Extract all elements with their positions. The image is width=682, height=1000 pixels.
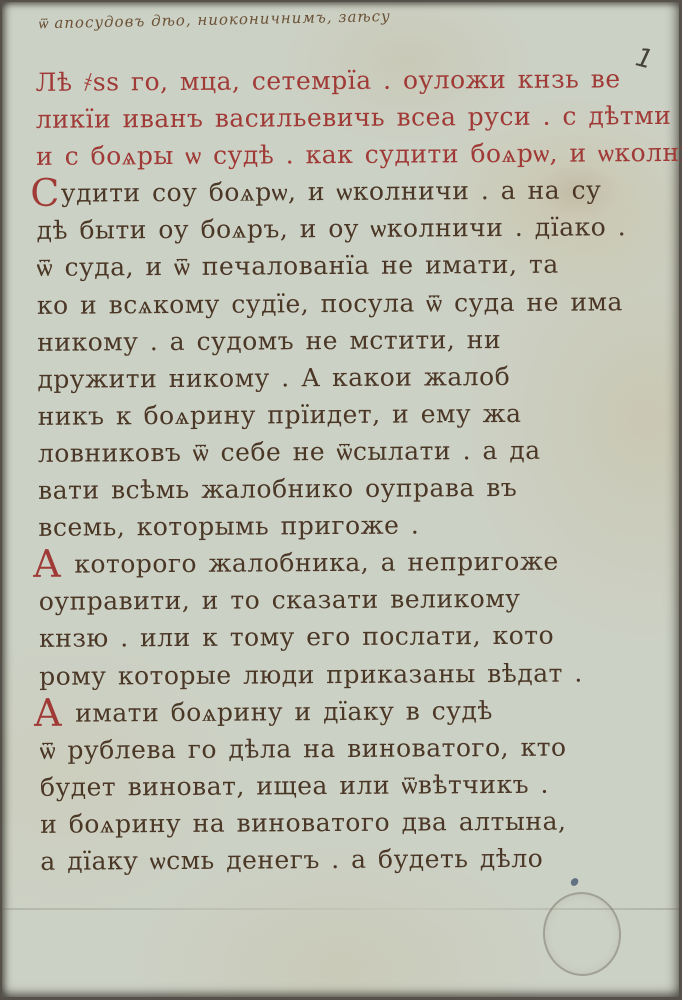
- rubric-initial: А: [32, 542, 62, 586]
- manuscript-line: Судити соу боѧрѡ, и ѡколничи . а на су: [36, 171, 636, 212]
- ink-speck: [570, 877, 579, 887]
- manuscript-line: ликїи иванъ васильевичь всеа руси . с дѣ…: [36, 97, 636, 138]
- manuscript-line: ѿ рублева го дѣла на виноватого, кто: [40, 728, 640, 769]
- manuscript-line: кнзю . или к тому его послати, кото: [39, 617, 639, 658]
- manuscript-line: ко и всѧкому судїе, посула ѿ суда не има: [37, 283, 637, 324]
- manuscript-line: ловниковъ ѿ себе не ѿсылати . а да: [38, 431, 638, 472]
- manuscript-line: будет виноват, ищеа или ѿвѣтчикъ .: [40, 765, 640, 806]
- text-block: Лѣ ҂ѕѕ го, мца, сетемрїа . оуложи кнзь в…: [36, 60, 641, 880]
- marginal-cursive-note: ѿ апосудовъ дѣо, ниоконичнимъ, заѣсу: [38, 6, 458, 34]
- manuscript-line: Лѣ ҂ѕѕ го, мца, сетемрїа . оуложи кнзь в…: [36, 60, 636, 101]
- manuscript-line: и с боѧры ѡ судѣ . как судити боѧрѡ, и ѡ…: [36, 134, 636, 175]
- scanned-page: ѿ апосудовъ дѣо, ниоконичнимъ, заѣсу 1 Л…: [0, 0, 682, 1000]
- rubric-initial: С: [30, 171, 60, 215]
- manuscript-line: рому которые люди приказаны вѣдат .: [39, 654, 639, 695]
- stamp-circle: [539, 888, 625, 980]
- manuscript-line: а дїаку ѡсмь денегъ . а будеть дѣло: [40, 839, 640, 880]
- manuscript-line: дѣ быти оу боѧръ, и оу ѡколничи . дїако …: [36, 209, 636, 250]
- manuscript-line: всемь, которымь пригоже .: [38, 505, 638, 546]
- folio-number: 1: [633, 42, 656, 75]
- manuscript-line: и боѧрину на виноватого два алтына,: [40, 802, 640, 843]
- manuscript-line: дружити никому . А какои жалоб: [37, 357, 637, 398]
- manuscript-line: вати всѣмь жалобнико оуправа въ: [38, 468, 638, 509]
- manuscript-line: А имати боѧрину и дїаку в судѣ: [39, 691, 639, 732]
- manuscript-line: оуправити, и то сказати великому: [39, 579, 639, 620]
- manuscript-line: никъ к боѧрину прїидет, и ему жа: [38, 394, 638, 435]
- manuscript-line: ѿ суда, и ѿ печалованїа не имати, та: [37, 246, 637, 287]
- manuscript-line: А которого жалобника, а непригоже: [38, 542, 638, 583]
- paper-crease: [2, 908, 679, 910]
- manuscript-page: ѿ апосудовъ дѣо, ниоконичнимъ, заѣсу 1 Л…: [2, 2, 679, 997]
- manuscript-line: никому . а судомъ не мстити, ни: [37, 320, 637, 361]
- rubric-initial: А: [33, 690, 63, 734]
